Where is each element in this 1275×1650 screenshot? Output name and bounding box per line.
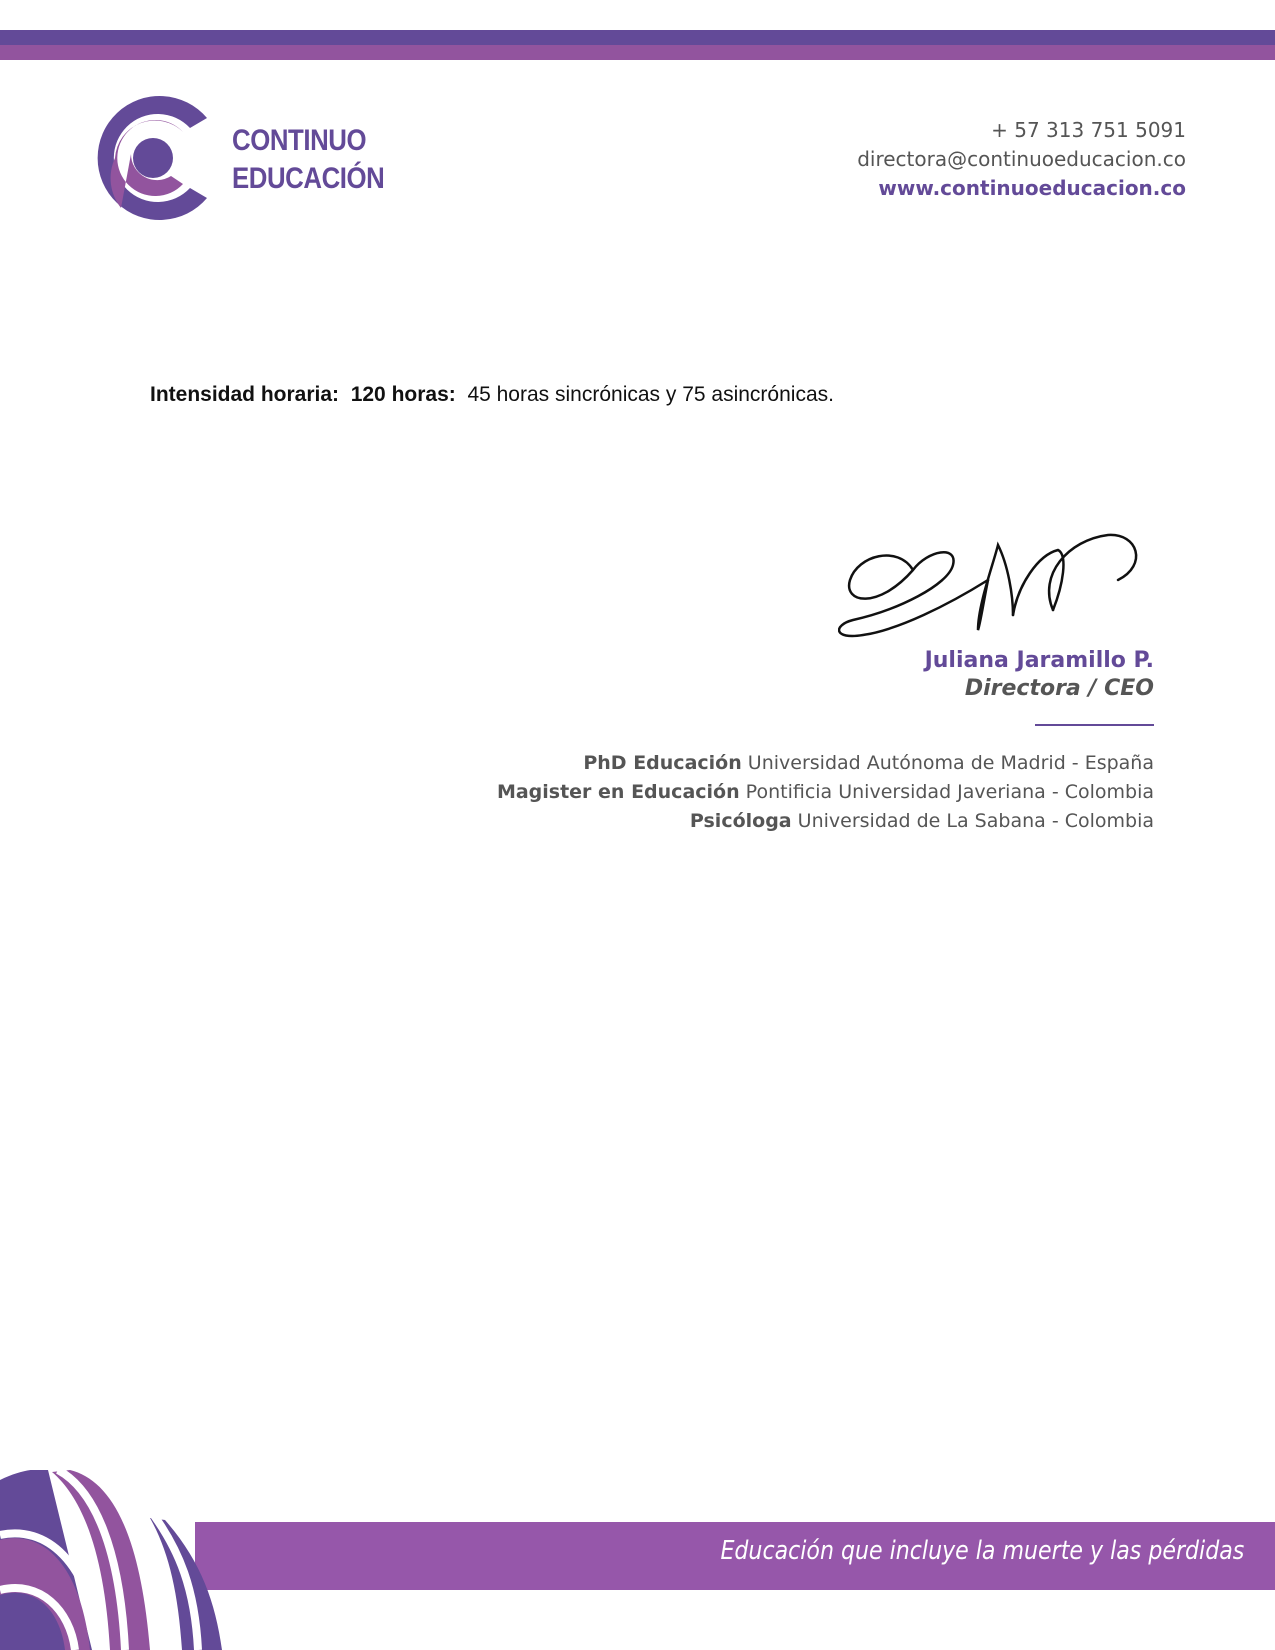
hours-detail: 45 horas sincrónicas y 75 asincrónicas. bbox=[467, 383, 834, 406]
hours-total: 120 horas: bbox=[351, 383, 456, 406]
credential-institution: Pontificia Universidad Javeriana - Colom… bbox=[746, 781, 1154, 803]
contact-block: + 57 313 751 5091 directora@continuoeduc… bbox=[857, 116, 1186, 203]
phone-number: + 57 313 751 5091 bbox=[857, 116, 1186, 145]
header-stripe-light bbox=[0, 45, 1275, 60]
signature-divider bbox=[1035, 724, 1154, 726]
credential-item: Magister en Educación Pontificia Univers… bbox=[497, 778, 1154, 807]
credential-item: PhD Educación Universidad Autónoma de Ma… bbox=[497, 749, 1154, 778]
brand-line-1: CONTINUO bbox=[232, 122, 384, 160]
credentials-list: PhD Educación Universidad Autónoma de Ma… bbox=[497, 749, 1154, 836]
brand-line-2: EDUCACIÓN bbox=[232, 160, 384, 198]
hours-statement: Intensidad horaria: 120 horas: 45 horas … bbox=[150, 383, 834, 407]
signature-icon bbox=[838, 525, 1158, 650]
footer-arc-decoration-icon bbox=[0, 1470, 240, 1650]
website-link[interactable]: www.continuoeducacion.co bbox=[857, 174, 1186, 203]
hours-label: Intensidad horaria: bbox=[150, 383, 339, 406]
brand-name: CONTINUO EDUCACIÓN bbox=[232, 122, 384, 198]
header-stripe-dark bbox=[0, 30, 1275, 45]
email-link[interactable]: directora@continuoeducacion.co bbox=[857, 145, 1186, 174]
signer-title: Directora / CEO bbox=[965, 676, 1154, 701]
credential-degree: Psicóloga bbox=[690, 810, 792, 832]
credential-item: Psicóloga Universidad de La Sabana - Col… bbox=[497, 807, 1154, 836]
continuo-logo-icon bbox=[85, 88, 225, 228]
credential-institution: Universidad de La Sabana - Colombia bbox=[798, 810, 1154, 832]
footer-slogan: Educación que incluye la muerte y las pé… bbox=[720, 1536, 1244, 1566]
signer-name: Juliana Jaramillo P. bbox=[925, 648, 1154, 673]
credential-degree: PhD Educación bbox=[583, 752, 741, 774]
credential-institution: Universidad Autónoma de Madrid - España bbox=[748, 752, 1154, 774]
credential-degree: Magister en Educación bbox=[497, 781, 740, 803]
